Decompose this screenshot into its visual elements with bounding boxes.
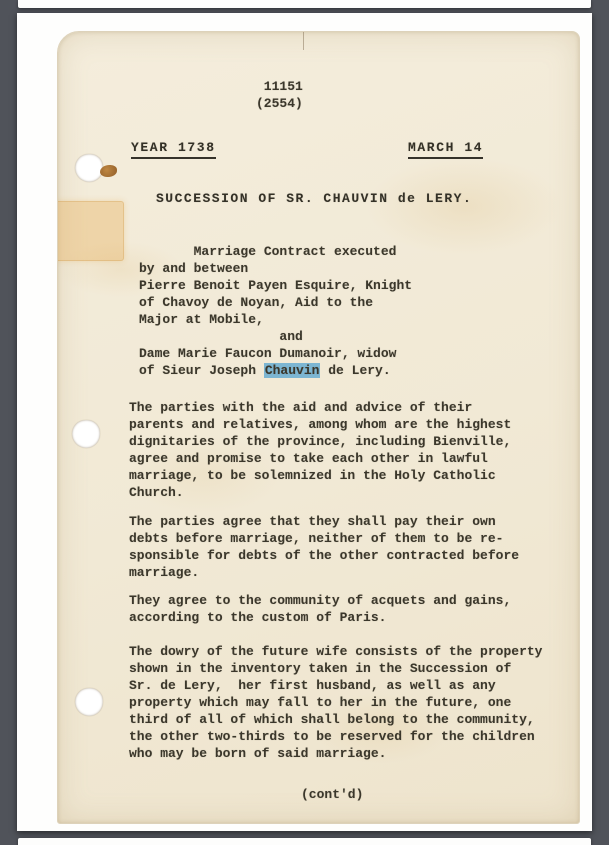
body-line: dignitaries of the province, including B… [129, 433, 511, 450]
body-line: debts before marriage, neither of them t… [129, 530, 519, 547]
body-line: marriage, to be solemnized in the Holy C… [129, 467, 511, 484]
document-title: SUCCESSION OF SR. CHAUVIN de LERY. [156, 190, 472, 207]
contract-final-post: de Lery. [320, 363, 390, 378]
next-page-edge [18, 838, 591, 845]
body-line: shown in the inventory taken in the Succ… [129, 660, 542, 677]
paragraph-2: The parties agree that they shall pay th… [129, 513, 519, 581]
body-line: agree and promise to take each other in … [129, 450, 511, 467]
body-line: third of all of which shall belong to th… [129, 711, 542, 728]
hole-punch-middle [72, 420, 100, 448]
contract-line: and [139, 328, 412, 345]
continued-footer: (cont'd) [301, 786, 363, 803]
contract-line: of Chavoy de Noyan, Aid to the [139, 294, 412, 311]
body-line: Sr. de Lery, her first husband, as well … [129, 677, 542, 694]
body-line: The parties agree that they shall pay th… [129, 513, 519, 530]
reference-number-block: 11151 (2554) [256, 78, 303, 112]
date-label: MARCH 14 [408, 139, 483, 159]
document-card: 11151 (2554) YEAR 1738 MARCH 14 SUCCESSI… [57, 31, 580, 824]
body-line: marriage. [129, 564, 519, 581]
hole-punch-top [75, 154, 103, 182]
paper-crease [303, 32, 304, 50]
body-line: parents and relatives, among whom are th… [129, 416, 511, 433]
body-line: The parties with the aid and advice of t… [129, 399, 511, 416]
body-line: The dowry of the future wife consists of… [129, 643, 542, 660]
year-label-wrap: YEAR 1738 [131, 139, 216, 159]
body-line: They agree to the community of acquets a… [129, 592, 511, 609]
body-line: Church. [129, 484, 511, 501]
body-line: the other two-thirds to be reserved for … [129, 728, 542, 745]
reference-number-alt: (2554) [256, 95, 303, 112]
tape-stain [57, 201, 124, 261]
body-line: property which may fall to her in the fu… [129, 694, 542, 711]
paragraph-3: They agree to the community of acquets a… [129, 592, 511, 626]
previous-page-edge [18, 0, 591, 8]
contract-line: Marriage Contract executed [139, 243, 412, 260]
highlighted-term-chauvin: Chauvin [264, 363, 321, 378]
reference-number: 11151 [256, 78, 303, 95]
hole-punch-bottom [75, 688, 103, 716]
paragraph-1: The parties with the aid and advice of t… [129, 399, 511, 501]
contract-line: Dame Marie Faucon Dumanoir, widow [139, 345, 412, 362]
body-line: sponsible for debts of the other contrac… [129, 547, 519, 564]
contract-final-pre: of Sieur Joseph [139, 363, 264, 378]
paragraph-4: The dowry of the future wife consists of… [129, 643, 542, 762]
contract-block: Marriage Contract executed by and betwee… [139, 243, 412, 379]
body-line: according to the custom of Paris. [129, 609, 511, 626]
body-line: who may be born of said marriage. [129, 745, 542, 762]
scan-page: 11151 (2554) YEAR 1738 MARCH 14 SUCCESSI… [17, 13, 592, 831]
year-label: YEAR 1738 [131, 139, 216, 159]
contract-line: by and between [139, 260, 412, 277]
scanned-document-view: { "doc": { "ref_number": { "line1": " 11… [0, 0, 609, 845]
contract-line: Pierre Benoit Payen Esquire, Knight [139, 277, 412, 294]
contract-line-final: of Sieur Joseph Chauvin de Lery. [139, 362, 412, 379]
contract-line: Major at Mobile, [139, 311, 412, 328]
date-label-wrap: MARCH 14 [408, 139, 483, 159]
rust-stain [100, 165, 117, 177]
